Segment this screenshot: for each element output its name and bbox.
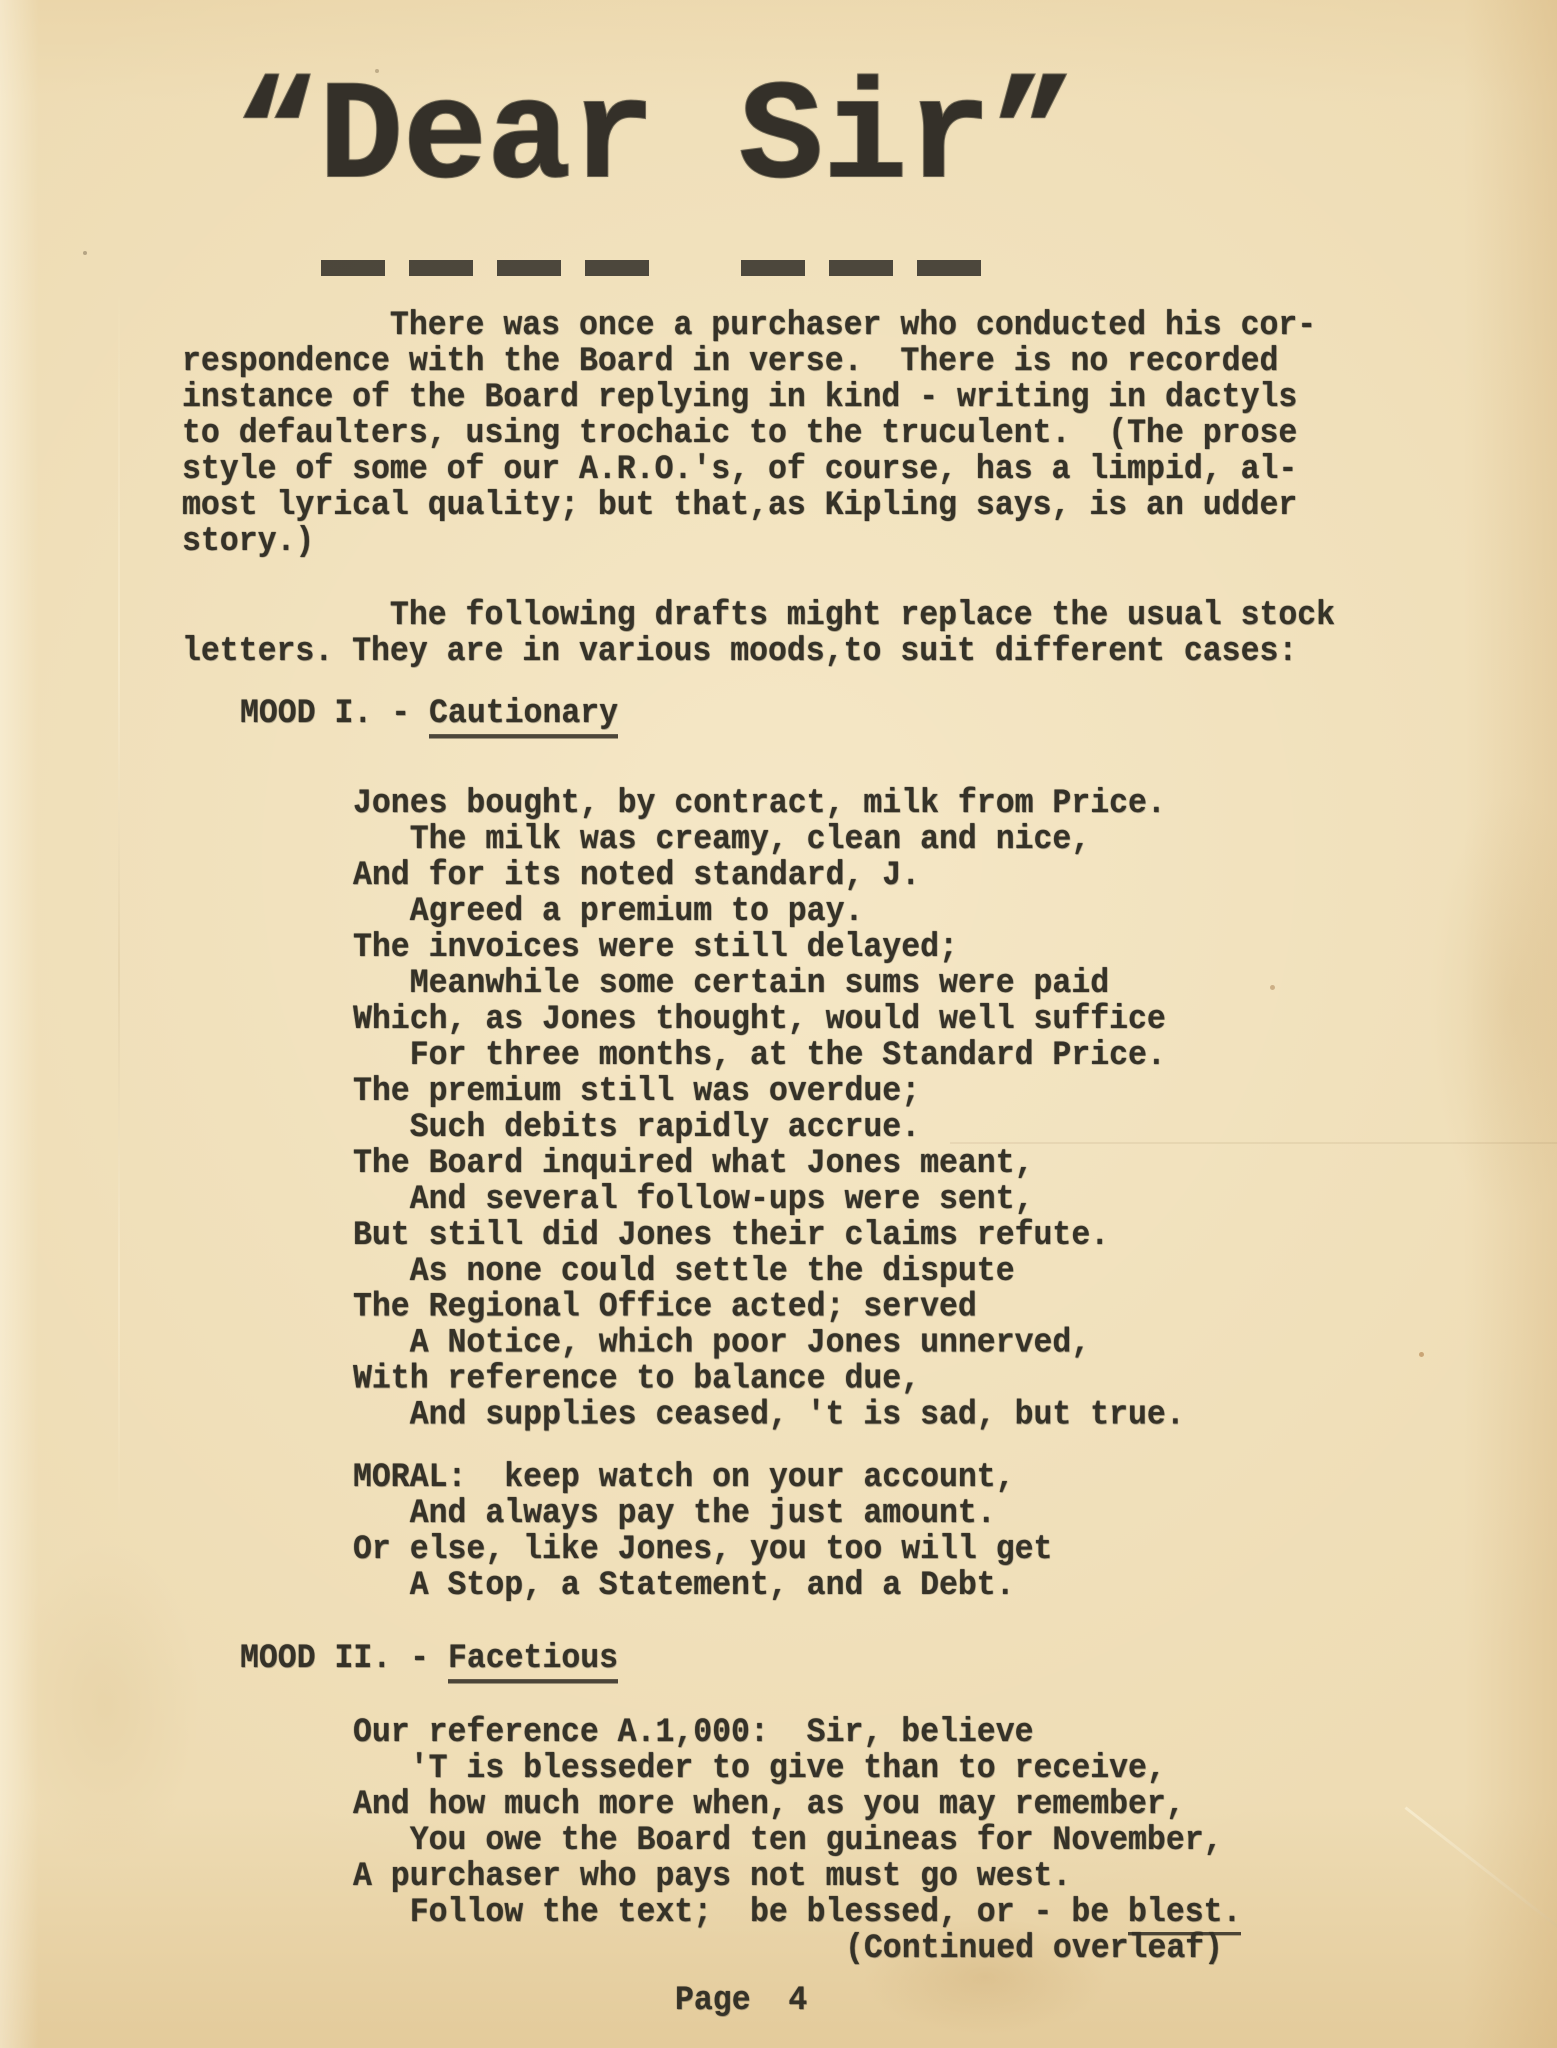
continued-note: (Continued overleaf) [845, 1931, 1223, 1967]
paper-stain [10, 1540, 200, 1870]
last-line-text: Follow the text; be blessed, or - be [353, 1894, 1128, 1932]
paper-speck [1270, 985, 1275, 990]
mood-2-heading-title: Facetious [448, 1640, 618, 1684]
mood-1-heading: MOOD I. - Cautionary [240, 696, 618, 732]
mood-1-verse: Jones bought, by contract, milk from Pri… [353, 786, 1185, 1433]
title-word-dear: Dear [319, 70, 655, 210]
page-title: “Dear Sir” [235, 70, 1075, 210]
paper-crease [118, 280, 120, 1530]
mood-1-heading-title: Cautionary [429, 695, 618, 739]
mood-1-heading-prefix: MOOD I. - [240, 695, 429, 733]
mood-2-heading-prefix: MOOD II. - [240, 1640, 448, 1678]
mood-2-heading: MOOD II. - Facetious [240, 1641, 618, 1677]
paper-speck [1419, 1352, 1424, 1357]
paper-speck [83, 251, 87, 255]
paper-stain [1428, 790, 1557, 1220]
page-number: Page 4 [675, 1983, 807, 2019]
paper-crease [1405, 1806, 1557, 1956]
intro-paragraph: There was once a purchaser who conducted… [182, 308, 1316, 560]
mood-2-verse-last-line: Follow the text; be blessed, or - be ble… [353, 1895, 1241, 1931]
scanned-document-page: “Dear Sir” There was once a purchaser wh… [0, 0, 1557, 2048]
intro-paragraph-2: The following drafts might replace the u… [182, 598, 1335, 670]
title-open-quote: “ [235, 60, 319, 219]
mood-2-verse: Our reference A.1,000: Sir, believe 'T i… [353, 1715, 1223, 1895]
mood-1-moral: MORAL: keep watch on your account, And a… [353, 1460, 1052, 1604]
title-close-quote: ” [991, 60, 1075, 219]
title-word-sir: Sir [739, 70, 991, 210]
